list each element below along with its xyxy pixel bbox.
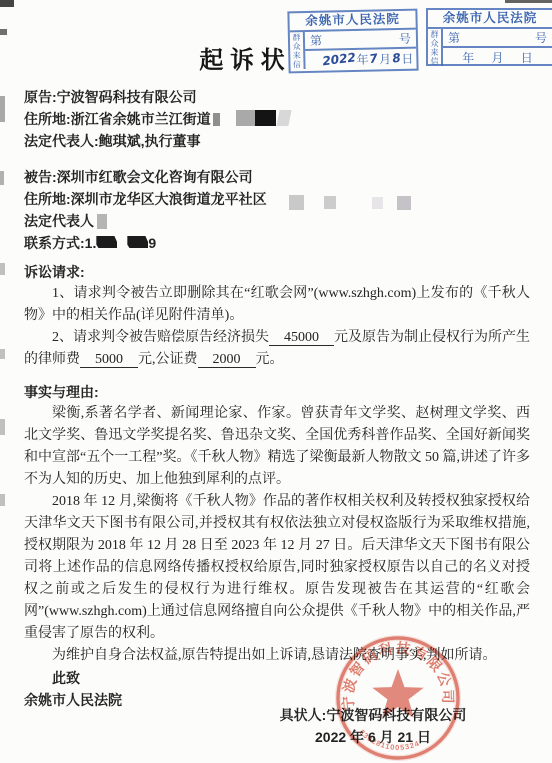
complaint-document-page: 起 诉 状 余姚市人民法院 群众来信 第 号 2022 年 7 月 8 日 (0, 0, 552, 763)
facts-paragraph-1: 梁衡,系著名学者、新闻理论家、作家。曾获青年文学奖、赵树理文学奖、西北文学奖、鲁… (24, 403, 530, 491)
month-label: 月 (379, 50, 391, 67)
plaintiff-legal-rep-line: 法定代表人:鲍琪斌,执行董事 (24, 130, 530, 152)
claim2-lawyer-fee-amount: 5000 (80, 352, 138, 368)
redacted-phone-box (96, 236, 117, 248)
plaintiff-address-line: 住所地:浙江省余姚市兰江街道 (24, 108, 530, 130)
month-label: 月 (491, 49, 503, 66)
year-label: 年 (356, 50, 368, 67)
day-label: 日 (401, 49, 413, 66)
contact-prefix-text: 联系方式:1. (24, 235, 96, 251)
company-seal: 宁波智码科技有限公司 3302811005324 (328, 635, 468, 763)
redaction-box (276, 110, 291, 126)
defendant-contact-line: 联系方式:1.9 (24, 232, 530, 254)
facts-heading: 事实与理由: (24, 381, 530, 403)
court-receipt-stamp-filled: 余姚市人民法院 群众来信 第 号 2022 年 7 月 8 日 (287, 9, 418, 74)
defendant-address-line: 住所地:深圳市龙华区大浪街道龙平社区 (24, 188, 530, 210)
claims-section: 诉讼请求: 1、请求判令被告立即删除其在“红歌会网”(www.szhgh.com… (24, 261, 530, 371)
redaction-box (289, 195, 304, 210)
handwritten-year: 2022 (321, 50, 356, 68)
stamp-number-row: 第 号 (443, 29, 552, 48)
claim-item-2: 2、请求判令被告赔偿原告经济损失45000元及原告为制止侵权行为所产生的律师费5… (24, 327, 530, 371)
handwritten-month: 7 (369, 51, 379, 66)
stamp-no-prefix: 第 (448, 29, 460, 46)
stamp-no-prefix: 第 (310, 32, 322, 49)
stamp-date-row: 年 月 日 (443, 48, 552, 66)
defendant-address-text: 住所地:深圳市龙华区大浪街道龙平社区 (24, 191, 267, 207)
contact-suffix-text: 9 (148, 235, 156, 251)
claim2-damages-amount: 45000 (269, 330, 334, 346)
claim2-text: 元。 (256, 352, 284, 367)
redacted-phone-box (127, 236, 148, 248)
facts-paragraph-2: 2018 年 12 月,梁衡将《千秋人物》作品的著作权相关权利及转授权独家授权给… (24, 491, 530, 645)
day-label: 日 (521, 49, 533, 66)
redaction-box (255, 110, 276, 126)
stamp-number-row: 第 号 (305, 30, 416, 51)
redaction-box (324, 196, 336, 209)
scan-artifact (0, 0, 14, 7)
redaction-box (236, 110, 255, 126)
court-receipt-stamp-blank: 余姚市人民法院 群众来信 第 号 年 月 日 (426, 8, 552, 66)
claim-item-1: 1、请求判令被告立即删除其在“红歌会网”(www.szhgh.com)上发布的《… (24, 283, 530, 327)
scan-artifact (0, 171, 4, 185)
defendant-legal-rep-line: 法定代表人 (24, 210, 530, 232)
scan-artifact (505, 0, 552, 3)
scan-artifact (0, 419, 5, 435)
stamp-court-name: 余姚市人民法院 (428, 10, 552, 29)
redaction-box (397, 196, 411, 210)
defendant-name-line: 被告:深圳市红歌会文化咨询有限公司 (24, 166, 530, 188)
scan-artifact (0, 96, 5, 122)
claim2-notary-fee-amount: 2000 (198, 352, 256, 368)
stamp-no-suffix: 号 (535, 29, 547, 46)
claim2-text: 2、请求判令被告赔偿原告经济损失 (52, 330, 269, 345)
handwritten-day: 8 (391, 51, 401, 66)
scan-artifact (0, 349, 5, 359)
stamp-side-label: 群众来信 (428, 29, 443, 66)
plaintiff-name-line: 原告:宁波智码科技有限公司 (24, 86, 530, 108)
plaintiff-section: 原告:宁波智码科技有限公司 住所地:浙江省余姚市兰江街道 法定代表人:鲍琪斌,执… (24, 86, 530, 152)
claims-heading: 诉讼请求: (24, 261, 530, 283)
stamp-date-row: 2022 年 7 月 8 日 (305, 49, 416, 69)
redaction-box (213, 113, 220, 126)
stamp-side-label: 群众来信 (290, 32, 306, 69)
stamp-no-suffix: 号 (399, 30, 411, 47)
defendant-legal-rep-text: 法定代表人 (24, 213, 94, 229)
plaintiff-address-text: 住所地:浙江省余姚市兰江街道 (24, 111, 211, 127)
scan-artifact (0, 263, 5, 275)
claim2-text: 元,公证费 (138, 352, 198, 367)
defendant-section: 被告:深圳市红歌会文化咨询有限公司 住所地:深圳市龙华区大浪街道龙平社区 法定代… (24, 166, 530, 254)
scan-artifact (0, 29, 7, 35)
redaction-box (97, 214, 107, 229)
year-label: 年 (462, 49, 474, 66)
seal-star-icon (372, 669, 423, 718)
scan-artifact (0, 494, 5, 506)
redaction-box (372, 197, 383, 209)
